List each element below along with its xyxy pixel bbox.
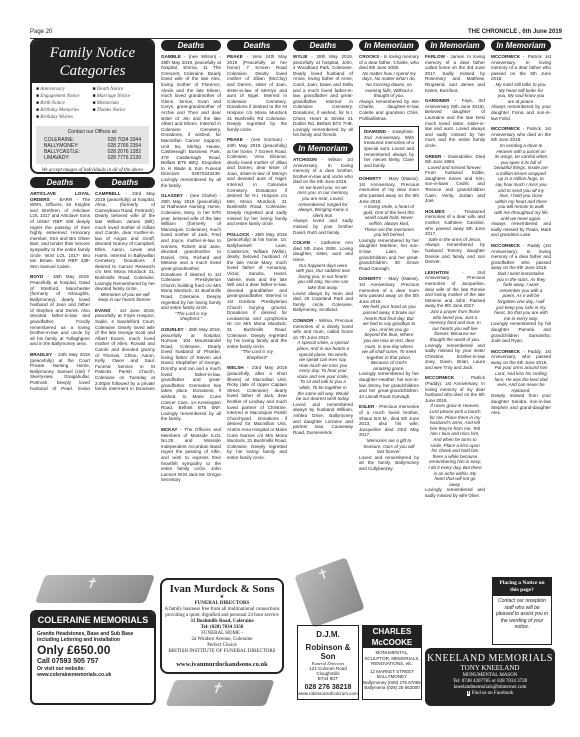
column-memoriam-7: In MemoriamFARLOW - James. In loving mem… <box>425 40 485 605</box>
ad-title: KNEELAND MEMORIALS <box>427 653 553 664</box>
notice-signoff: Lovingly remembered by his daughter Pame… <box>491 321 551 343</box>
ad-title: Robinson & Son <box>298 643 358 661</box>
notice-name: MCCORMICK <box>491 349 520 354</box>
notice-name: ESLER <box>359 404 374 409</box>
ad-website[interactable]: www.colerainememorials.co.uk <box>37 672 149 678</box>
ad-charles-mccooke[interactable]: CHARLES McCOOKE MONUMENTAL, SCULPTOR, ME… <box>362 625 422 700</box>
notice-entry: GOURLEY - 28th May 2019, peacefully at h… <box>161 327 221 422</box>
column-deaths-3: DeathsGAMBLE - (nee Wilson) - 28th May 2… <box>161 40 221 530</box>
notice-name: DIAMOND <box>364 129 386 134</box>
notice-signoff: Always remembered by your daughter Fiona… <box>491 104 551 121</box>
notice-name: MCCORMICK <box>491 243 520 248</box>
office-name: LIMAVADY: <box>44 155 70 161</box>
notice-name: GARDINER <box>425 98 450 103</box>
notice-signoff: Lovingly remembered and sadly missed by … <box>425 487 485 498</box>
section-header: Deaths <box>161 40 221 51</box>
column-deaths-1: DeathsARTICLAVE LOYAL ORDERS - BARR - Th… <box>30 177 90 390</box>
ad-website[interactable]: www.ivanmurdockandsons.co.uk <box>162 661 282 668</box>
notice-name: POLLOCK <box>227 232 249 237</box>
facebook-icon: f <box>467 691 471 696</box>
office-row: LIMAVADY:028 7776 2130 <box>44 155 141 161</box>
notice-entry: DOHERTY - Mary (Maisie), 1st Anniversary… <box>359 276 419 399</box>
notice-verse: If roses grow in Heaven, Lord please pic… <box>425 403 485 487</box>
notice-name: WELSH <box>227 365 244 370</box>
ad-desc: Granite Headstones, Base and Sub Base in… <box>37 631 149 643</box>
category-list: Anniversary Death Notice Engagement Noti… <box>32 83 153 124</box>
notice-signoff: Always remembered and sadly missed by Pa… <box>491 221 551 238</box>
notice-text: - Faye, 3rd Anniversary (5th June 2016).… <box>425 98 485 148</box>
ad-placing-notice: Placing a Notice on this page? Contact o… <box>492 577 552 645</box>
column-memoriam-8: In MemoriamMCCORMICK - Patrick 1st Anniv… <box>491 40 551 535</box>
ad-desc: A family business free from all multinat… <box>162 607 282 619</box>
notice-verse: Memories of you we will keep in our hear… <box>95 292 155 303</box>
section-header: Deaths <box>30 177 90 188</box>
notice-signoff: From husband Eddie, daughters Karen and … <box>425 170 485 204</box>
ad-phone: 07593 505 757 <box>52 658 99 665</box>
ad-price: Only £650.00 <box>37 643 149 657</box>
notice-entry: ATCHISON - Wilson 1st Anniversary. In lo… <box>293 157 353 235</box>
notice-name: DOHERTY <box>359 276 381 281</box>
column-deaths-2: DeathsCAMPBELL - 23rd May 2019 (peaceful… <box>95 177 155 390</box>
notice-text: - BARR - The WM's, Officers, Sir Knights… <box>30 197 90 269</box>
notice-entry: CONNOR - Wilma. Precious memories of a d… <box>293 318 353 435</box>
notice-entry: GAMBLE - (nee Wilson) - 28th May 2019, p… <box>161 54 221 188</box>
notice-entry: ESLER - Precious memories of a much love… <box>359 404 419 471</box>
image-note: We accept images of individuals in all o… <box>32 166 153 174</box>
section-header: In Memoriam <box>293 143 353 154</box>
notice-entry: GLASSEY - (nee Clarke) - 28th May 2019 (… <box>161 193 221 322</box>
notice-text: - James. In loving memory of a dear fath… <box>425 54 485 93</box>
notice-text: - 24th May 2019 (peacefully) at the Cour… <box>30 352 90 390</box>
ad-ivan-murdock[interactable]: Ivan Murdock & Sons ❦ FUNERAL DIRECTORS … <box>160 578 284 674</box>
call-label: Call <box>37 658 50 665</box>
notice-entry: CAMPBELL - 23rd May 2019 (peacefully) at… <box>95 191 155 303</box>
contact-offices: Contact our Offices at: COLERAINE:028 70… <box>36 126 149 164</box>
notice-text: - Precious memories of a much loved brot… <box>359 404 419 437</box>
notice-entry: MCCORMICK - Patrick, 1st Anniversary who… <box>491 126 551 238</box>
notice-name: HOLMES <box>425 209 445 214</box>
section-header: Deaths <box>95 177 155 188</box>
notice-verse: Our happiest days were with you, Our sad… <box>293 263 353 291</box>
notice-signoff: Deeply missed from your daughter Sandra,… <box>491 393 551 415</box>
notice-entry: MCKAY - The Officers and Members of Moss… <box>161 427 221 483</box>
notice-verse: Memories are a gift to treasure, Ours of… <box>359 438 419 455</box>
section-header: In Memoriam <box>425 40 485 51</box>
ad-desc: MONUMENTAL, SCULPTOR, MEMORIALS, RENOVAT… <box>363 650 421 667</box>
ad-address: BT44 9DT <box>298 676 358 681</box>
ad-text: Contact our reception staff who will be … <box>493 596 551 633</box>
notice-entry: WYLIE - 29th May 2019, peacefully at hos… <box>293 54 353 138</box>
notice-text: - 1st June 2019, peacefully at Foyle Hos… <box>95 308 155 390</box>
ad-phone: Ballymena (028) 25 662000 <box>363 685 421 691</box>
ad-title: D.J.M. <box>298 630 358 639</box>
notice-entry: PEAKE - (nee Gorman) - 24th May 2019 (pe… <box>227 137 287 227</box>
family-notice-box: Family Notice Categories Anniversary Dea… <box>30 38 155 174</box>
notice-entry: MCCORMICK - Paddy (1st Anniversary). In … <box>491 243 551 344</box>
notice-name: GREER <box>425 154 441 159</box>
notice-signoff: Lovingly remembered and sadly missed by … <box>425 343 485 371</box>
category-item: Engagement Notice <box>36 93 93 100</box>
bible-icon <box>35 575 155 603</box>
ad-title: Placing a Notice on this page? <box>493 578 551 596</box>
notice-verse: As we loved you, so we miss you. In our … <box>293 185 353 219</box>
category-item: Birth Notice <box>36 100 93 107</box>
notice-entry: POLLOCK - 26th May 2019 (peacefully) at … <box>227 232 287 361</box>
institute: BRITISH INSTITUTE OF FUNERAL DIRECTORS <box>162 649 282 655</box>
notice-name: DOHERTY <box>359 176 381 181</box>
ad-coleraine-memorials[interactable]: COLERAINE MEMORIALS Granite Headstones, … <box>30 610 156 705</box>
notice-entry: GREER - Gwendoline. Died 6th June 1994.L… <box>425 154 485 204</box>
notice-name: MCCORMICK <box>491 54 520 59</box>
notice-entry: COLVIN - Catherine Ann died 5th June 200… <box>293 240 353 313</box>
notice-verse: My mind still talks to you, My heart sti… <box>491 82 551 104</box>
notice-signoff: Loved always by mum and dad, 25 Copeland… <box>293 291 353 313</box>
notice-name: EVANS <box>95 308 111 313</box>
section-header: Deaths <box>227 40 287 51</box>
notice-verse: We held your hand as you passed away, It… <box>359 304 419 371</box>
ad-phone: 028 276 38218 <box>298 684 358 691</box>
notice-entry: LEIGHTON - 2nd Anniversary. Precious mem… <box>425 270 485 371</box>
notice-verse: A special smile, a special place, And in… <box>293 340 353 402</box>
category-item: Marriage Notice <box>93 93 150 100</box>
category-item: Thanks Notice <box>93 107 150 114</box>
notice-name: PEAKE <box>227 54 243 59</box>
category-item: Birthday Memories <box>36 107 93 114</box>
notice-text: - (nee Clarke) - 28th May 2019 (peaceful… <box>161 193 221 310</box>
notice-signoff: Loved and remembered by all the family, … <box>359 455 419 472</box>
notice-name: GAMBLE <box>161 54 181 59</box>
notice-entry: DOHERTY - Mary (Maisie), 1st Anniversary… <box>359 176 419 271</box>
notice-entry: MCCORMICK - Paddy, 1st Anniversary, who … <box>491 349 551 416</box>
notice-entry: CROOKS - In loving memory of a dear fath… <box>359 54 419 121</box>
ad-title: McCOOKE <box>363 637 421 648</box>
family-notice-title: Family Notice Categories <box>32 40 153 83</box>
notice-signoff: Always remembered by son Charlie, daught… <box>359 99 419 121</box>
notice-text: - 28th May 2019, peacefully at hospital,… <box>161 327 221 422</box>
ad-title: CHARLES <box>363 626 421 637</box>
notice-text: - (nee Gorman) - 24th May 2019 (peaceful… <box>227 137 287 226</box>
notice-text: - Vera 24th May 2019 (Peacefully at her … <box>227 54 287 132</box>
notice-name: CONNOR <box>293 318 313 323</box>
notice-entry: HOLMES - Treasured memories of a dear wi… <box>425 209 485 265</box>
notice-entry: DIAMOND - Josephine. 2nd Anniversary. Wi… <box>359 126 419 171</box>
notice-entry: BOYD - 18th May 2019. Peacefully at hosp… <box>30 274 90 347</box>
notice-text: - (nee Wilson) - 28th May 2019, peaceful… <box>161 54 221 188</box>
facebook-label: Find us on Facebook <box>472 691 514 696</box>
notice-entry: MCCORMICK - Patrick 1st Anniversary. In … <box>491 54 551 121</box>
ad-title: COLERAINE MEMORIALS <box>32 612 154 628</box>
notice-verse: "The Lord is my Shepherd" <box>227 349 287 360</box>
notice-entry: FARLOW - James. In loving memory of a de… <box>425 54 485 93</box>
notice-verse: Put your arms around him Lord, And kiss … <box>491 365 551 393</box>
notice-signoff: Lovingly remembered by her daughter Marl… <box>359 238 419 272</box>
notice-signoff: Lovingly remembered by her daughter Heat… <box>359 371 419 399</box>
category-item: Anniversary <box>36 86 93 93</box>
notice-signoff: Loved and remembered always by husband W… <box>293 402 353 436</box>
ad-name: TONY KNEELAND <box>427 664 553 673</box>
notice-name: CROOKS <box>359 54 379 59</box>
notice-text: - The Officers and Members of Mosside IL… <box>161 427 221 482</box>
notice-name: PEAKE <box>227 137 243 142</box>
facebook-link[interactable]: f Find us on Facebook <box>427 691 553 697</box>
office-phone: 028 7776 2130 <box>108 155 141 161</box>
contact-title: Contact our Offices at: <box>44 129 141 135</box>
notice-name: CAMPBELL <box>95 191 121 196</box>
notice-name: ATCHISON <box>293 157 317 162</box>
notice-text: - Josephine. 2nd Anniversary. With treas… <box>364 129 414 168</box>
column-memoriam-6: In MemoriamCROOKS - In loving memory of … <box>359 40 419 580</box>
notice-verse: Dad I wont immortalise you in the stars,… <box>491 271 551 321</box>
ad-title: Ivan Murdock & Sons <box>162 583 282 595</box>
bible-icon <box>165 680 274 706</box>
notice-entry: GARDINER - Faye, 3rd Anniversary (5th Ju… <box>425 98 485 148</box>
notice-entry: WELSH - 23rd May 2019 (peacefully, after… <box>227 365 287 460</box>
section-header: In Memoriam <box>359 40 419 51</box>
category-item: Death Notice <box>93 86 150 93</box>
notice-text: - 23rd May 2019 (peacefully, after a sho… <box>227 365 287 460</box>
page-number: Page 20 <box>30 29 52 35</box>
notice-name: LEIGHTON <box>425 270 449 275</box>
section-header: Deaths <box>293 40 353 51</box>
notice-verse: "The Lord is my shepherd." <box>161 311 221 322</box>
notice-verse: A loving smile, a heart of gold, One of … <box>359 204 419 238</box>
notice-name: FARLOW <box>425 54 445 59</box>
notice-name: MCCORMICK <box>491 126 520 131</box>
ad-kneeland-memorials[interactable]: KNEELAND MEMORIALS TONY KNEELAND MONUMEN… <box>425 648 555 706</box>
notice-entry: PEAKE - Vera 24th May 2019 (Peacefully a… <box>227 54 287 132</box>
notice-verse: No matter how I spend my days, No matter… <box>359 71 419 99</box>
notice-entry: EVANS - 1st June 2019, peacefully at Foy… <box>95 308 155 390</box>
notice-entry: MCCORMICK - Patrick (Paddy). 1st Anniver… <box>425 375 485 498</box>
category-item: Memoriam <box>93 100 150 107</box>
notice-name: BOYD <box>30 274 43 279</box>
notice-name: MCKAY <box>161 427 177 432</box>
publication-date: THE CHRONICLE , 6th June 2019 <box>468 29 562 35</box>
notice-name: BRADLEY <box>30 352 52 357</box>
notice-name: COLVIN <box>293 240 310 245</box>
ad-website[interactable]: www.robinsonsofculcrum.com <box>298 691 358 696</box>
notice-text: - 23rd May 2019 (peacefully) at hospital… <box>95 191 155 291</box>
notice-entry: BRADLEY - 24th May 2019 (peacefully) at … <box>30 352 90 390</box>
notice-text: - 2nd Anniversary. Precious memories of … <box>425 270 485 309</box>
column-deaths-5: DeathsWYLIE - 29th May 2019, peacefully … <box>293 40 353 520</box>
section-header: In Memoriam <box>491 40 551 51</box>
category-item: Birthday Wishes <box>36 114 93 121</box>
notice-text: - 18th May 2019. Peacefully at hospital,… <box>30 274 90 346</box>
column-deaths-4: DeathsPEAKE - Vera 24th May 2019 (Peacef… <box>227 40 287 530</box>
notice-entry: ARTICLAVE LOYAL ORDERS - BARR - The WM's… <box>30 191 90 269</box>
ad-djm-robinson[interactable]: D.J.M. Robinson & Son Funeral Directors … <box>297 625 359 700</box>
notice-name: WYLIE <box>293 54 308 59</box>
notice-signoff: Always remembered by husband Tommy, daug… <box>425 242 485 264</box>
notice-text: - 26th May 2019 (peacefully) at his home… <box>227 232 287 349</box>
notice-name: MCCORMICK <box>425 375 454 380</box>
notice-verse: Im sending a dove to Heaven with a parce… <box>491 143 551 221</box>
notice-name: GLASSEY <box>161 193 183 198</box>
notice-text: - 29th May 2019, peacefully at hospital,… <box>293 54 353 137</box>
notice-signoff: Always loved and sadly missed by your br… <box>293 218 353 235</box>
notice-name: GOURLEY <box>161 327 184 332</box>
notice-verse: Just a prayer from those who loved you, … <box>425 309 485 343</box>
bible-icon <box>294 557 364 627</box>
